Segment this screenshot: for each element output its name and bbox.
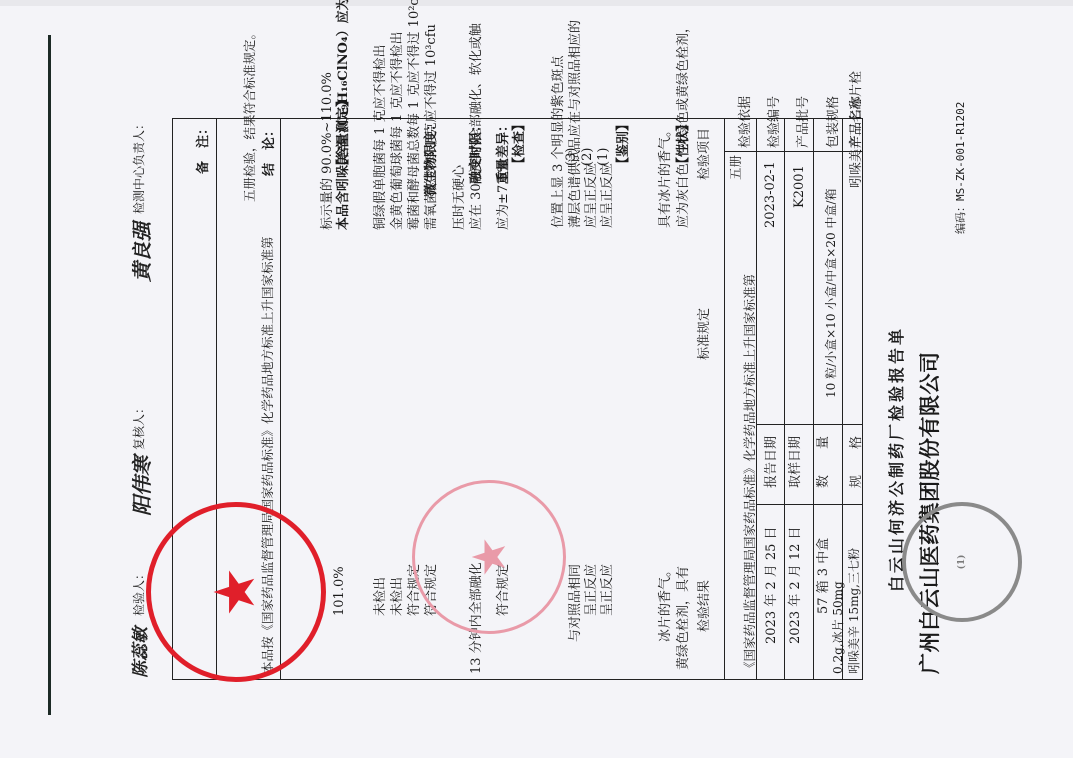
appearance-standard-1: 应为灰白色、灰绿色或黄绿色栓剂，	[672, 20, 691, 228]
value-sample-date: 2023 年 2 月 12 日	[784, 526, 803, 644]
ident-standard-3a: 薄层色谱供试品应在与对照品相应的	[564, 20, 583, 228]
col-standard: 标准规定	[693, 308, 712, 360]
inspector-signature: 陈蕊敏	[126, 627, 151, 678]
document-code: 编码：MS-ZK-001-R1202	[952, 102, 968, 234]
star-icon: ★	[466, 536, 512, 577]
head-label: 检测中心负责人：	[130, 118, 147, 214]
label-spec: 规 格	[845, 436, 864, 488]
insp-result-3c: 未检出	[386, 577, 405, 616]
company-seal-gray: (1)	[902, 502, 1022, 622]
insp-standard-3b: 霉菌和酵母菌总数每 1 克应不得过 10²cfu	[403, 0, 422, 230]
head-signature: 黄良强	[126, 222, 155, 282]
insp-standard-3d: 铜绿假单胞菌每 1 克应不得检出	[369, 44, 388, 230]
insp-standard-3a: 需氧菌总数每 1 克应不得过 10³cfu	[420, 24, 439, 230]
basis-line-2: 五册	[726, 155, 744, 180]
insp-result-3d: 未检出	[369, 577, 388, 616]
value-spec-2: 0.2g,冰片 50mg	[829, 581, 846, 674]
star-icon: ★	[208, 567, 264, 617]
remarks-label: 备 注：	[192, 122, 211, 174]
conclusion-label: 结 论：	[258, 124, 277, 176]
inspection-report: 编码：MS-ZK-001-R1202 广州白云山医药集团股份有限公司 白云山何济…	[0, 40, 980, 700]
value-package: 10 粒/小盒×10 小盒/中盒×20 中盒/箱	[822, 189, 839, 399]
value-test-no: 2023-02-1	[763, 161, 778, 228]
appearance-result-1: 黄绿色栓剂，具有	[672, 566, 691, 670]
basis-line-1: 《国家药品监督管理局国家药品标准》化学药品地方标准上升国家标准第	[740, 274, 758, 674]
reviewer-label: 复核人：	[130, 402, 147, 450]
label-test-no: 检验编号	[763, 96, 782, 148]
label-quantity: 数 量	[812, 436, 831, 488]
appearance-result-2: 冰片的香气。	[654, 564, 673, 642]
col-result: 检验结果	[693, 580, 712, 632]
appearance-standard-2: 具有冰片的香气。	[654, 124, 673, 228]
assay-standard-2: 标示量的 90.0%~110.0%	[316, 72, 335, 230]
label-batch: 产品批号	[792, 96, 811, 148]
label-package: 包装规格	[822, 96, 841, 148]
label-report-date: 报告日期	[760, 436, 779, 488]
ident-standard-3b: 位置上显 3 个明显的紫色斑点	[547, 55, 566, 228]
col-item: 检验项目	[693, 128, 712, 180]
inspector-label: 检验人：	[130, 568, 147, 616]
label-sample-date: 取样日期	[784, 436, 803, 488]
value-report-date: 2023 年 2 月 25 日	[760, 526, 779, 644]
value-product-name: 吲哚美辛三七冰片栓	[845, 71, 864, 188]
receiver-seal-pink: ★	[412, 480, 566, 634]
insp-standard-1: 应为±7.5%	[492, 160, 511, 230]
scan-edge	[0, 0, 1073, 6]
assay-result: 101.0%	[332, 566, 347, 616]
label-basis: 检验依据	[734, 96, 753, 148]
conclusion-line-2: 五册检验，结果符合标准规定。	[240, 27, 258, 202]
ident-result-3: 与对照品相同	[564, 564, 583, 642]
insp-standard-3c: 金黄色葡萄球菌每 1 克应不得检出	[386, 31, 405, 230]
value-spec-1: 吲哚美辛 15mg,三七粉	[845, 548, 862, 674]
reviewer-signature: 阳伟寒	[126, 456, 155, 516]
qa-seal-red: ★	[146, 502, 326, 682]
value-quantity: 57 箱 3 中盒	[812, 538, 831, 614]
insp-standard-2a: 应在 30 分钟内全部融化、软化或触	[465, 23, 484, 230]
value-batch: K2001	[792, 165, 807, 208]
insp-standard-2b: 压时无硬心	[448, 165, 467, 230]
